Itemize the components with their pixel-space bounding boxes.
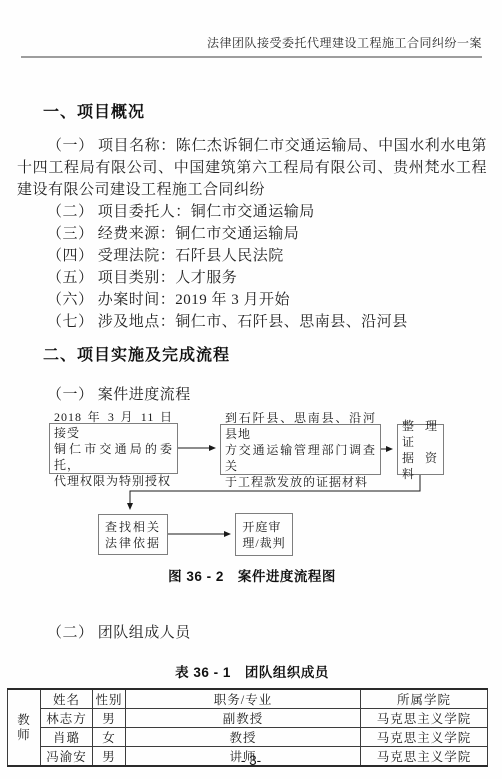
col-header-dept: 所属学院	[361, 689, 488, 709]
table-row: 林志方 男 副教授 马克思主义学院	[8, 709, 488, 728]
item-project-name: （一） 项目名称：陈仁杰诉铜仁市交通运输局、中国水利水电第十四工程局有限公司、中…	[17, 135, 487, 201]
document-page: 法律团队接受委托代理建设工程施工合同纠纷一案 一、项目概况 （一） 项目名称：陈…	[0, 0, 502, 779]
table-header-row: 教师 姓名 性别 职务/专业 所属学院	[8, 689, 488, 709]
item-funding-source: （三） 经费来源：铜仁市交通运输局	[17, 223, 487, 245]
cell-dept: 马克思主义学院	[361, 709, 488, 728]
case-progress-flowchart: 2018 年 3 月 11 日接受 铜仁市交通局的委托， 代理权限为特别授权 到…	[0, 416, 502, 564]
flow-box-accept-commission: 2018 年 3 月 11 日接受 铜仁市交通局的委托， 代理权限为特别授权	[49, 423, 178, 474]
section-2-title: 二、项目实施及完成流程	[43, 342, 487, 365]
section-1-title: 一、项目概况	[43, 99, 487, 122]
cell-sex: 男	[93, 709, 126, 728]
item-locations: （七） 涉及地点：铜仁市、石阡县、思南县、沿河县	[17, 311, 487, 333]
cell-title: 副教授	[126, 709, 361, 728]
flow-box-organize-evidence: 整理证 据资料	[397, 424, 444, 475]
flow-box-court-trial: 开庭审 理/裁判	[235, 513, 293, 556]
page-content: 一、项目概况 （一） 项目名称：陈仁杰诉铜仁市交通运输局、中国水利水电第十四工程…	[17, 0, 487, 767]
item-accepting-court: （四） 受理法院：石阡县人民法院	[17, 245, 487, 267]
item-project-category: （五） 项目类别：人才服务	[17, 267, 487, 289]
page-number: - 3-	[0, 753, 502, 768]
col-header-title: 职务/专业	[126, 689, 361, 709]
subsection-case-progress: （一） 案件进度流程	[17, 384, 487, 406]
subsection-team-members: （二） 团队组成人员	[17, 622, 487, 644]
item-project-client: （二） 项目委托人：铜仁市交通运输局	[17, 201, 487, 223]
cell-name: 林志方	[41, 709, 93, 728]
flow-box-find-legal-basis: 查找相关 法律依据	[98, 514, 168, 555]
cell-title: 教授	[126, 728, 361, 747]
cell-name: 肖璐	[41, 728, 93, 747]
table-caption: 表 36 - 1 团队组织成员	[17, 661, 487, 681]
cell-sex: 女	[93, 728, 126, 747]
cell-dept: 马克思主义学院	[361, 728, 488, 747]
table-row: 肖璐 女 教授 马克思主义学院	[8, 728, 488, 747]
col-header-name: 姓名	[41, 689, 93, 709]
col-header-sex: 性别	[93, 689, 126, 709]
flow-box-investigate-evidence: 到石阡县、思南县、沿河县地 方交通运输管理部门调查关 于工程款发放的证据材料	[220, 424, 381, 475]
figure-caption: 图 36 - 2 案件进度流程图	[17, 565, 487, 585]
item-case-time: （六） 办案时间：2019 年 3 月开始	[17, 289, 487, 311]
